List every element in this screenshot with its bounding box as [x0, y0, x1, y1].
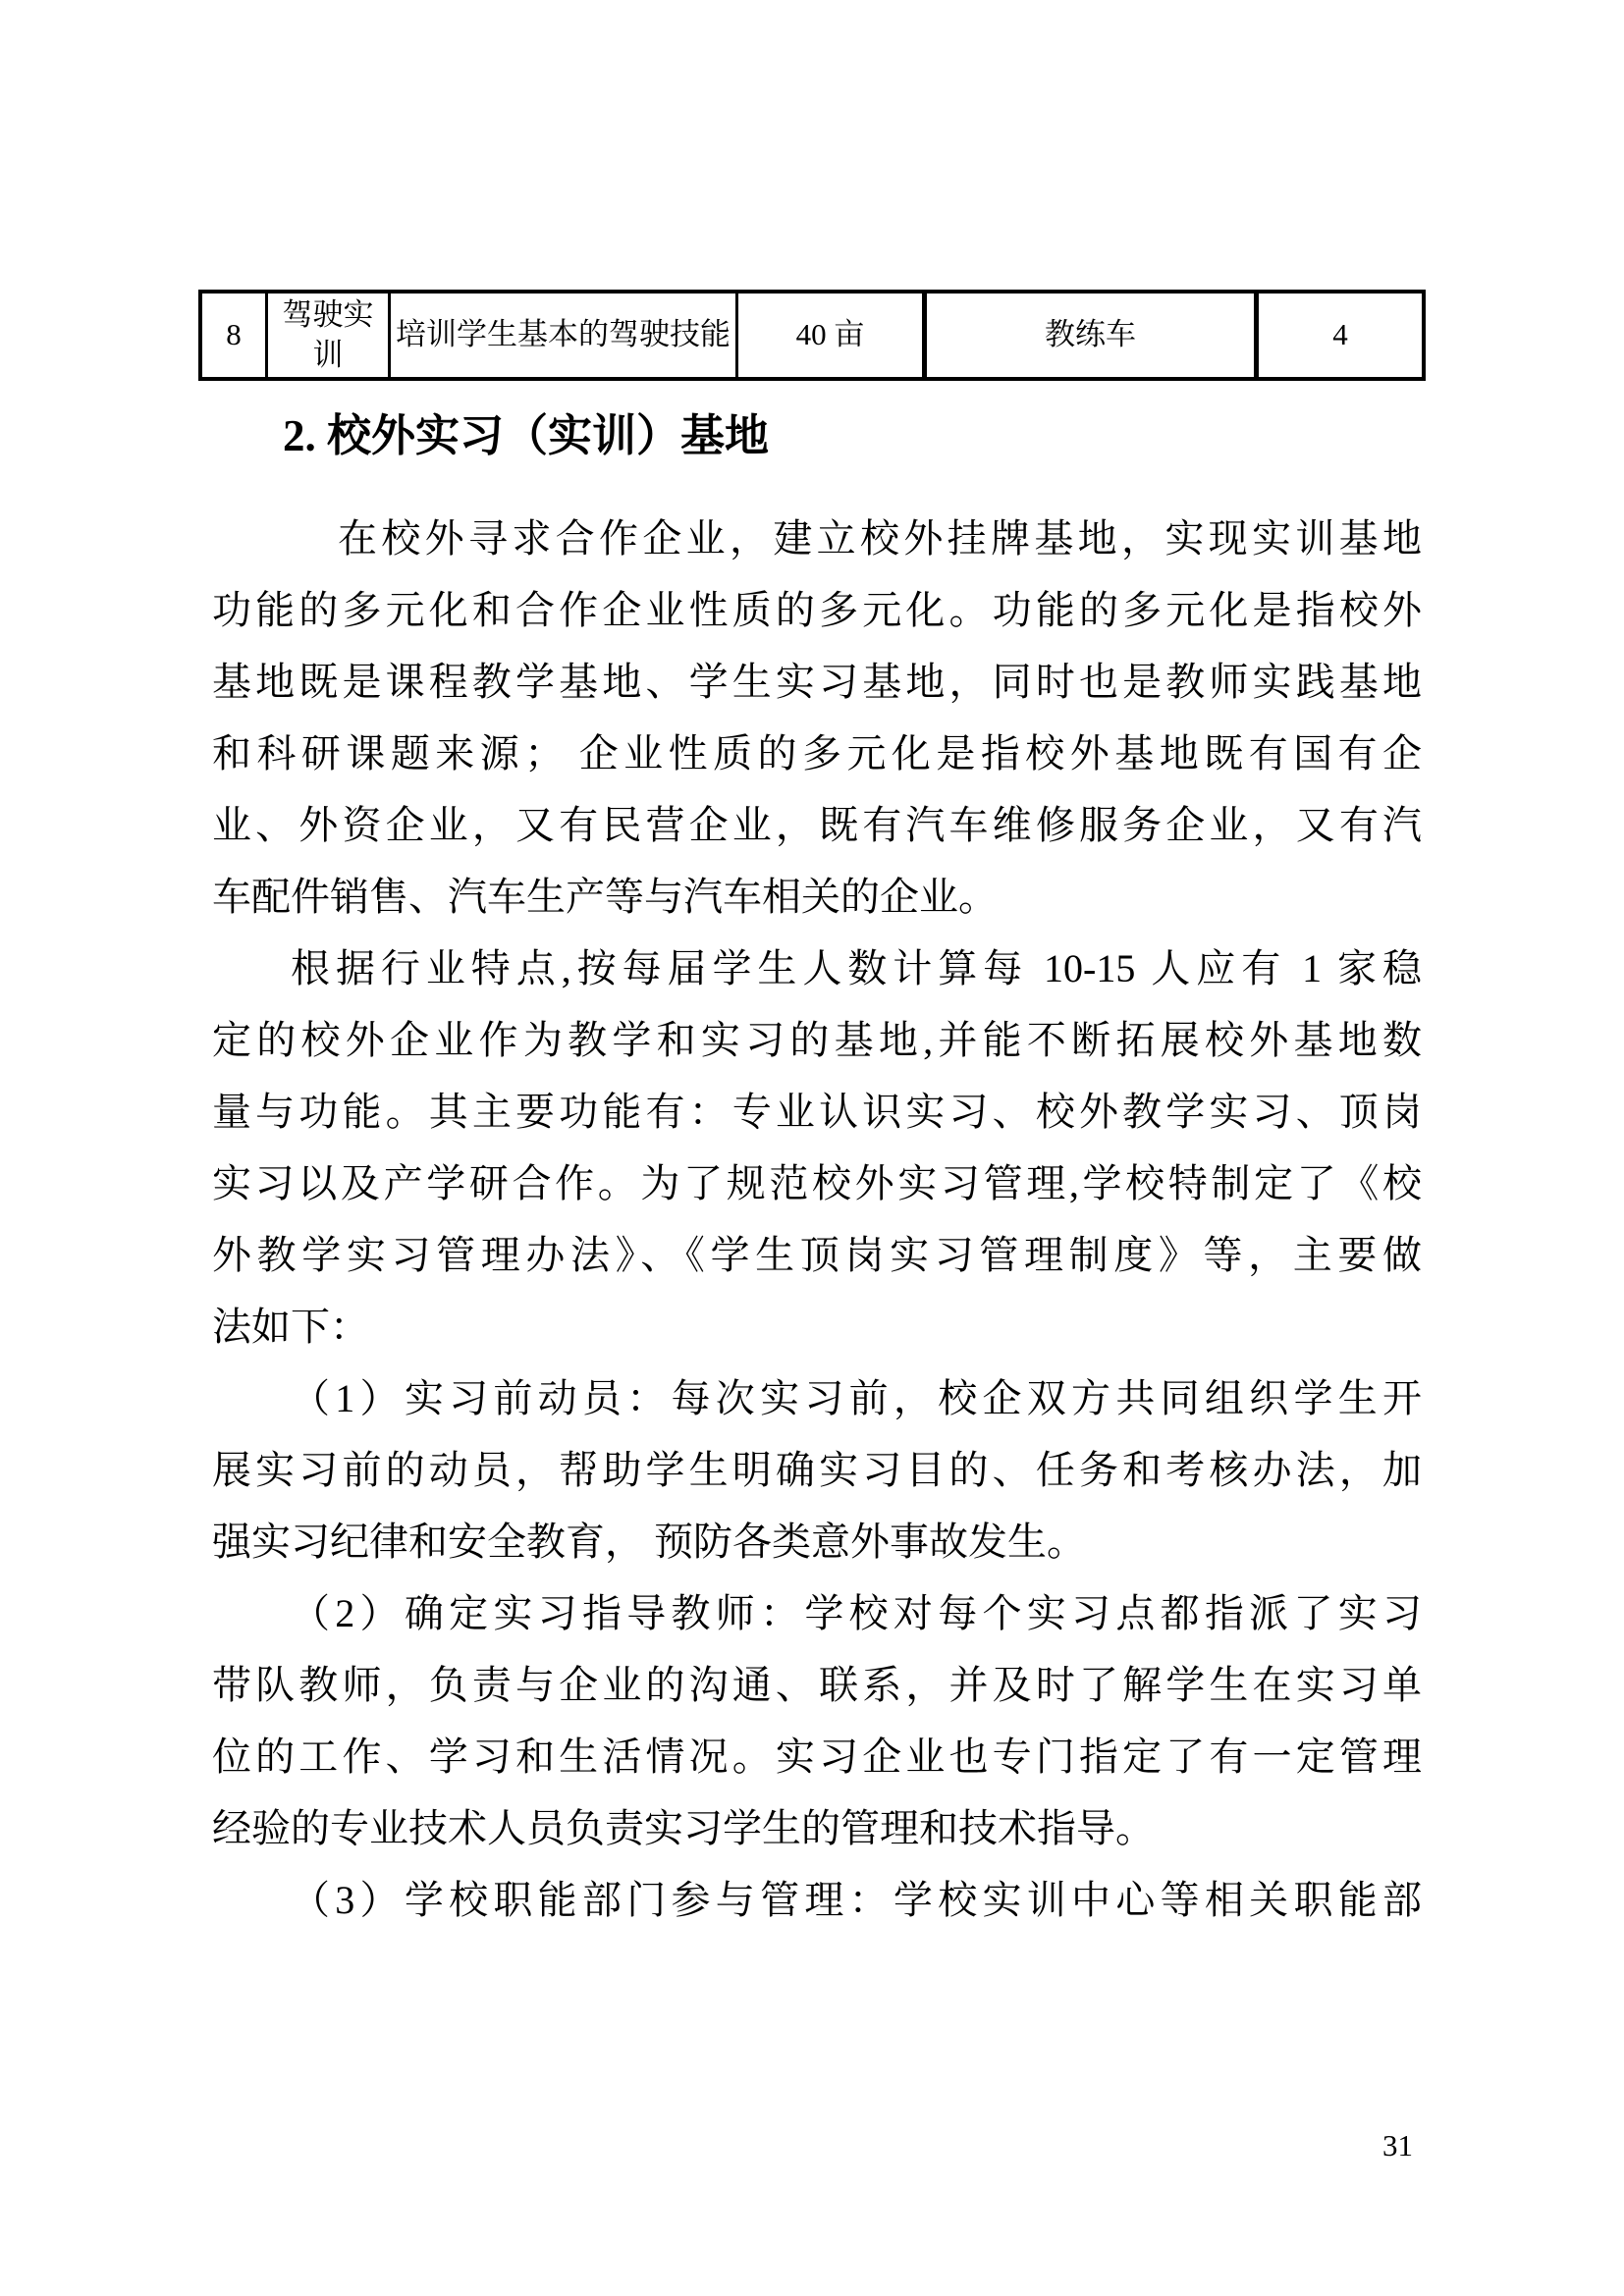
body-line: 定的校外企业作为教学和实习的基地,并能不断拓展校外基地数	[212, 1004, 1422, 1076]
body-line: 和科研课题来源； 企业性质的多元化是指校外基地既有国有企	[212, 718, 1422, 789]
cell-equipment: 教练车	[922, 294, 1254, 377]
body-line: 功能的多元化和合作企业性质的多元化。功能的多元化是指校外	[212, 574, 1422, 646]
body-line: （1）实习前动员：每次实习前，校企双方共同组织学生开	[212, 1362, 1422, 1434]
cell-seq: 8	[202, 294, 265, 377]
body-line: 外教学实习管理办法》、《学生顶岗实习管理制度》等，主要做	[212, 1219, 1422, 1291]
body-line: 法如下：	[212, 1291, 1422, 1362]
cell-function: 培训学生基本的驾驶技能	[388, 294, 735, 377]
cell-quantity: 4	[1254, 294, 1422, 377]
body-line: 基地既是课程教学基地、学生实习基地，同时也是教师实践基地	[212, 646, 1422, 718]
body-line: 车配件销售、汽车生产等与汽车相关的企业。	[212, 861, 1422, 933]
body-line: 经验的专业技术人员负责实习学生的管理和技术指导。	[212, 1792, 1422, 1864]
body-line: 带队教师，负责与企业的沟通、联系，并及时了解学生在实习单	[212, 1649, 1422, 1721]
cell-area: 40 亩	[735, 294, 922, 377]
body-line: 根据行业特点,按每届学生人数计算每 10-15 人应有 1 家稳	[212, 933, 1422, 1004]
body-line: 强实习纪律和安全教育， 预防各类意外事故发生。	[212, 1506, 1422, 1577]
cell-base-name: 驾驶实训	[265, 294, 388, 377]
body-line: 展实习前的动员，帮助学生明确实习目的、任务和考核办法，加	[212, 1434, 1422, 1506]
document-page: 8 驾驶实训 培训学生基本的驾驶技能 40 亩 教练车 4 2. 校外实习（实训…	[0, 0, 1624, 2296]
body-line: 位的工作、学习和生活情况。实习企业也专门指定了有一定管理	[212, 1721, 1422, 1792]
body-line: 量与功能。其主要功能有：专业认识实习、校外教学实习、顶岗	[212, 1076, 1422, 1148]
body-line: 业、外资企业，又有民营企业，既有汽车维修服务企业，又有汽	[212, 789, 1422, 861]
body-text: 在校外寻求合作企业，建立校外挂牌基地，实现实训基地 功能的多元化和合作企业性质的…	[212, 503, 1422, 1936]
body-line: （2）确定实习指导教师：学校对每个实习点都指派了实习	[212, 1577, 1422, 1649]
body-line: 在校外寻求合作企业，建立校外挂牌基地，实现实训基地	[212, 503, 1422, 574]
body-line: 实习以及产学研合作。为了规范校外实习管理,学校特制定了《校	[212, 1148, 1422, 1219]
facilities-table-row: 8 驾驶实训 培训学生基本的驾驶技能 40 亩 教练车 4	[198, 290, 1426, 381]
page-number: 31	[1382, 2126, 1413, 2165]
section-heading: 2. 校外实习（实训）基地	[212, 400, 1422, 471]
body-line: （3）学校职能部门参与管理：学校实训中心等相关职能部	[212, 1864, 1422, 1936]
